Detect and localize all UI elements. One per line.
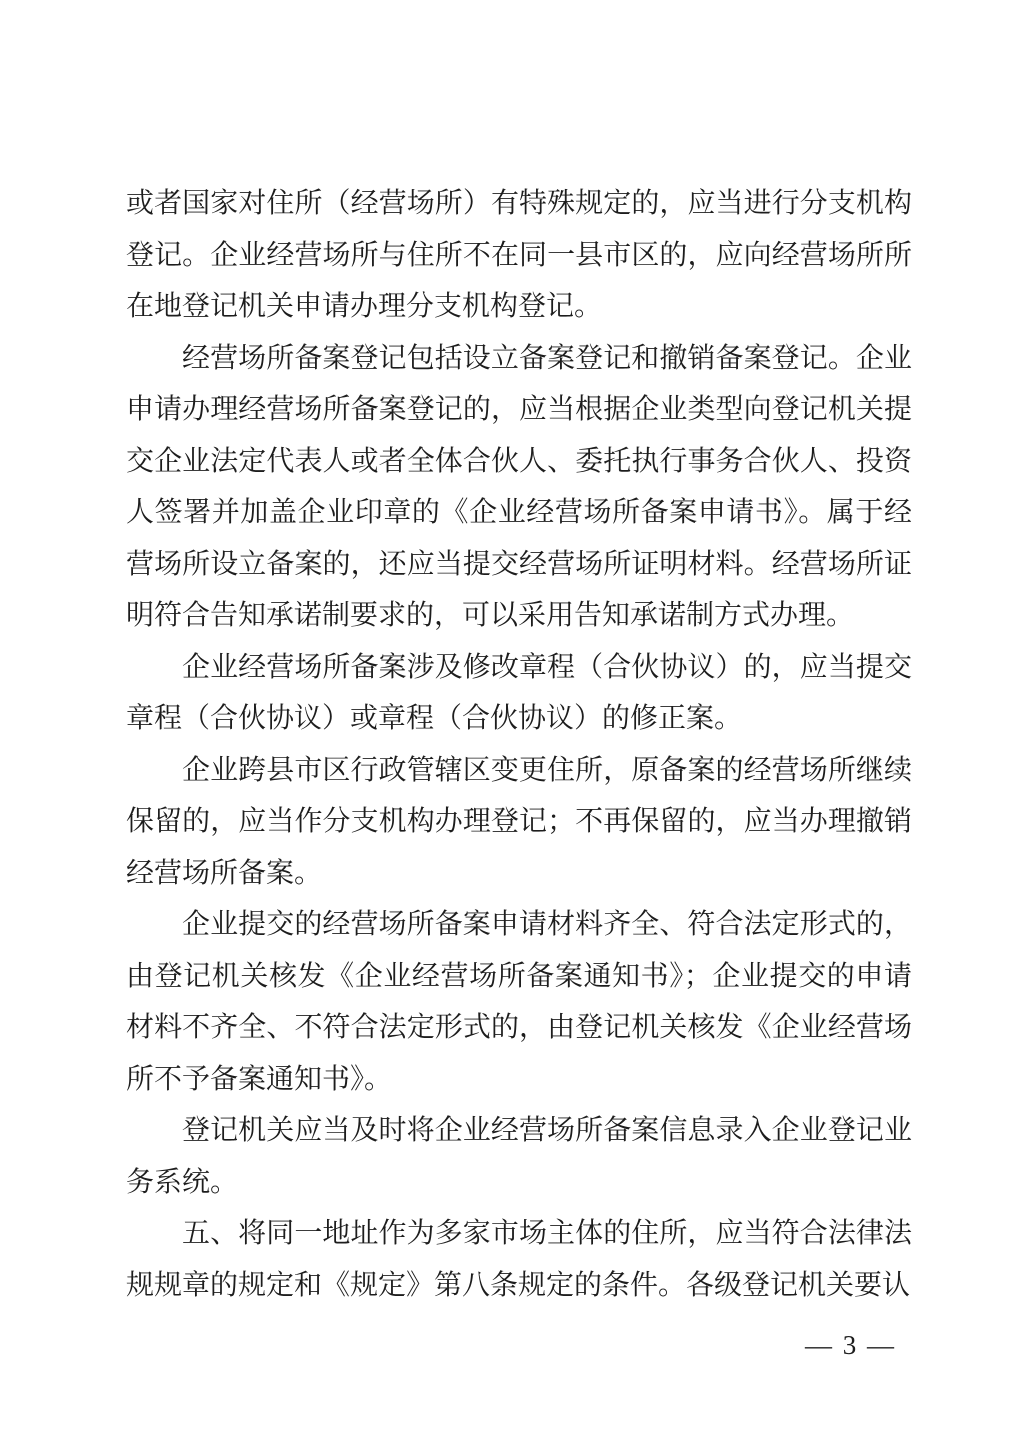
paragraph-continuation: 或者国家对住所（经营场所）有特殊规定的，应当进行分支机构登记。企业经营场所与住所… — [126, 178, 912, 333]
paragraph: 登记机关应当及时将企业经营场所备案信息录入企业登记业务系统。 — [126, 1105, 912, 1208]
document-page: 或者国家对住所（经营场所）有特殊规定的，应当进行分支机构登记。企业经营场所与住所… — [0, 0, 1024, 1448]
paragraph: 企业跨县市区行政管辖区变更住所，原备案的经营场所继续保留的，应当作分支机构办理登… — [126, 745, 912, 900]
paragraph: 经营场所备案登记包括设立备案登记和撤销备案登记。企业申请办理经营场所备案登记的，… — [126, 333, 912, 642]
paragraph: 企业经营场所备案涉及修改章程（合伙协议）的，应当提交章程（合伙协议）或章程（合伙… — [126, 642, 912, 745]
page-number: — 3 — — [805, 1330, 896, 1360]
paragraph-section-five: 五、将同一地址作为多家市场主体的住所，应当符合法律法规规章的规定和《规定》第八条… — [126, 1208, 912, 1311]
document-body: 或者国家对住所（经营场所）有特殊规定的，应当进行分支机构登记。企业经营场所与住所… — [126, 178, 912, 1311]
paragraph: 企业提交的经营场所备案申请材料齐全、符合法定形式的，由登记机关核发《企业经营场所… — [126, 899, 912, 1105]
